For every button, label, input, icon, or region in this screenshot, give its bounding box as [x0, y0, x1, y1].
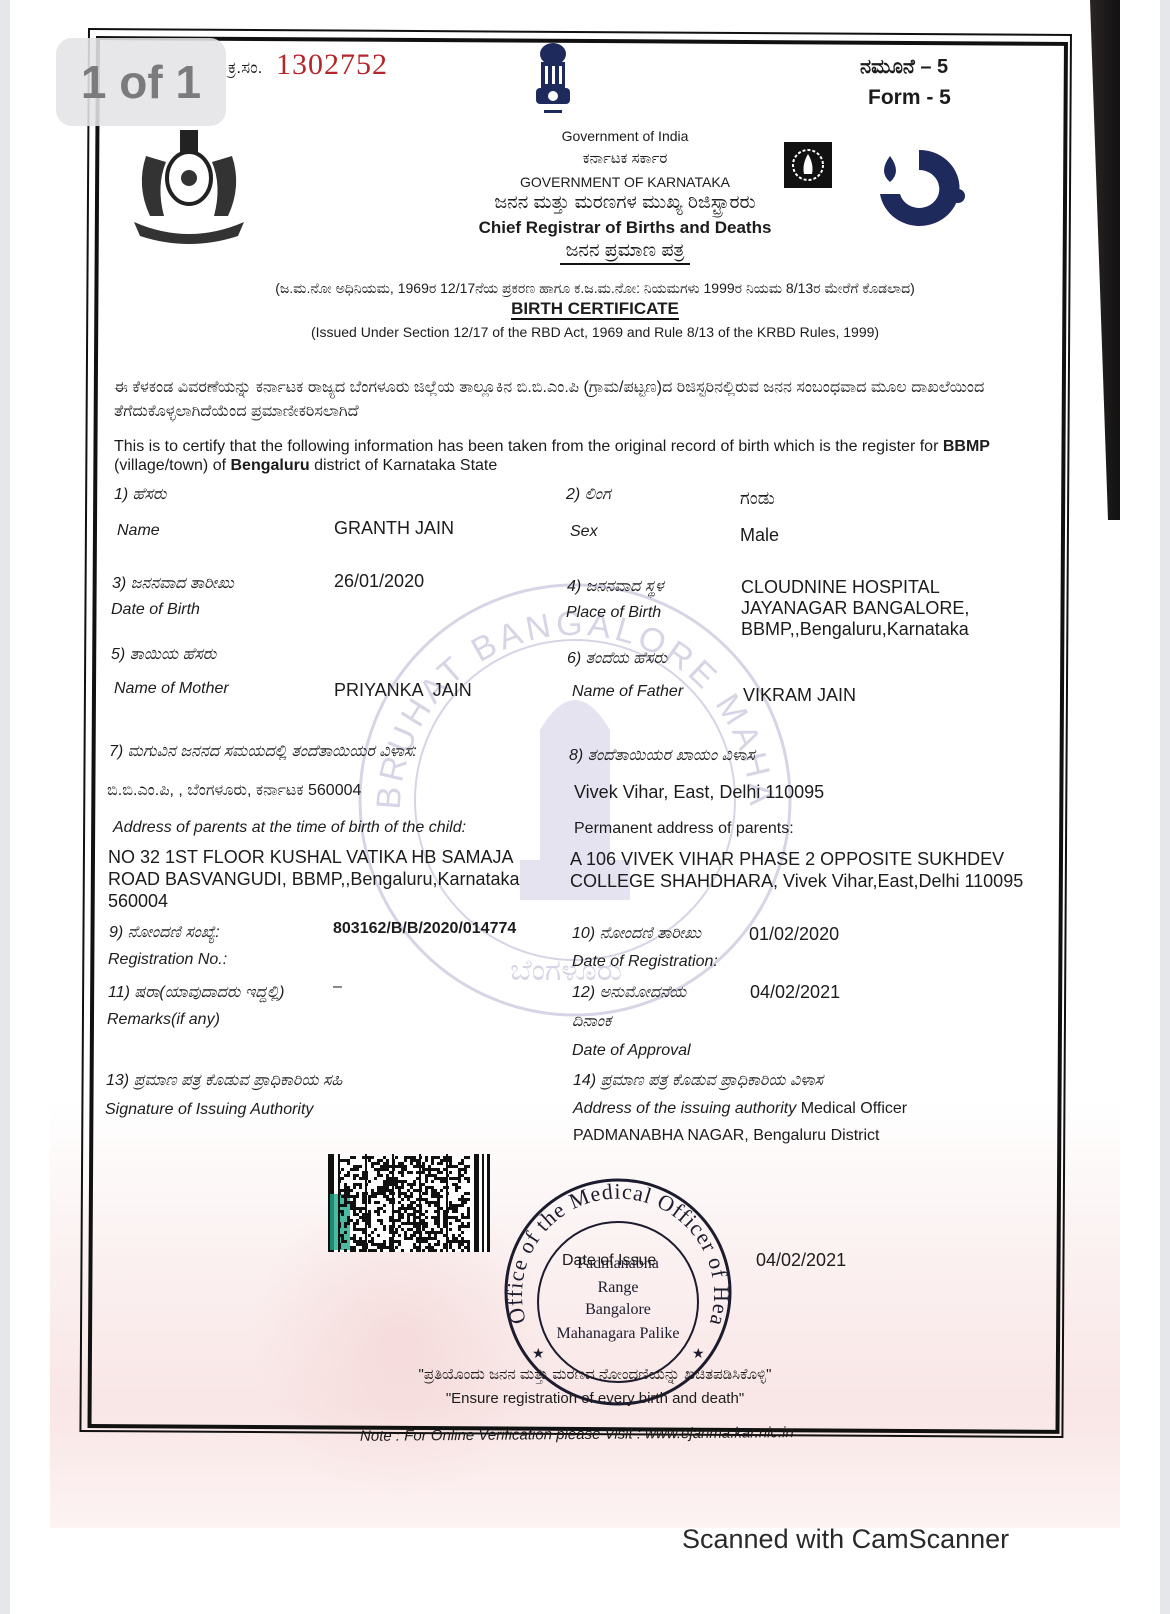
gov-india-label: Government of India — [0, 128, 1170, 144]
camscanner-watermark: Scanned with CamScanner — [682, 1524, 1009, 1555]
sex-value: Male — [740, 525, 779, 546]
dob-label-kannada: 3) ಜನನವಾದ ತಾರೀಖು — [112, 575, 234, 593]
place-of-birth-value: CLOUDNINE HOSPITAL JAYANAGAR BANGALORE, … — [741, 577, 969, 640]
svg-text:Mahanagara Palike: Mahanagara Palike — [556, 1325, 679, 1342]
chief-registrar-kannada: ಜನನ ಮತ್ತು ಮರಣಗಳ ಮುಖ್ಯ ರಿಜಿಸ್ಟ್ರಾರರು — [0, 192, 1170, 214]
father-label-kannada: 6) ತಂದೆಯ ಹೆಸರು — [567, 650, 667, 668]
place-of-birth-label-kannada: 4) ಜನನವಾದ ಸ್ಥಳ — [567, 578, 664, 596]
gov-karnataka-label: GOVERNMENT OF KARNATAKA — [0, 174, 1170, 190]
permanent-address-value-short: Vivek Vihar, East, Delhi 110095 — [574, 782, 824, 803]
intro-kannada: ಈ ಕೆಳಕಂಡ ವಿವರಣೆಯನ್ನು ಕರ್ನಾಟಕ ರಾಜ್ಯದ ಬೆಂಗ… — [114, 376, 1034, 424]
address-at-birth-value-kannada: ಬಿ.ಬಿ.ಎಂ.ಪಿ, , ಬೆಂಗಳೂರು, ಕರ್ನಾಟಕ 560004 — [107, 782, 361, 800]
national-emblem-icon — [530, 40, 576, 122]
mother-label: Name of Mother — [114, 680, 229, 698]
father-value: VIKRAM JAIN — [743, 685, 856, 706]
name-label-kannada: 1) ಹೆಸರು — [114, 486, 166, 504]
father-label: Name of Father — [572, 683, 683, 701]
mother-label-kannada: 5) ತಾಯಿಯ ಹೆಸರು — [111, 646, 216, 664]
serial-number: 1302752 — [276, 48, 388, 82]
issue-date-value: 04/02/2021 — [756, 1250, 846, 1271]
registration-date-label-kannada: 10) ನೋಂದಣಿ ತಾರೀಖು — [572, 925, 701, 943]
verification-link[interactable]: www.ejanma.kar.nic.in — [645, 1424, 794, 1442]
motto-kannada: "ಪ್ರತಿಯೊಂದು ಜನನ ಮತ್ತು ಮರಣದ ನೋಂದಣಿಯನ್ನು ಖ… — [0, 1366, 1170, 1383]
place-of-birth-label: Place of Birth — [566, 604, 661, 622]
issuing-address-label: Address of the issuing authority Medical… — [573, 1100, 907, 1118]
issued-under-clause: (Issued Under Section 12/17 of the RBD A… — [0, 324, 1170, 340]
name-value: GRANTH JAIN — [334, 518, 454, 539]
approval-date-value: 04/02/2021 — [750, 982, 840, 1003]
address-at-birth-value: NO 32 1ST FLOOR KUSHAL VATIKA HB SAMAJA … — [108, 846, 520, 912]
registration-date-value: 01/02/2020 — [749, 924, 839, 945]
ring-drop-logo-icon — [866, 142, 972, 228]
address-at-birth-label-kannada: 7) ಮಗುವಿನ ಜನನದ ಸಮಯದಲ್ಲಿ ತಂದೆತಾಯಿಯರ ವಿಳಾಸ… — [109, 743, 417, 761]
remarks-value: – — [333, 978, 342, 996]
approval-date-label-kannada: 12) ಅನುಮೋದನೆಯ — [572, 984, 686, 1002]
permanent-address-value: A 106 VIVEK VIHAR PHASE 2 OPPOSITE SUKHD… — [570, 848, 1023, 892]
approval-date-label-kannada-2: ದಿನಾಂಕ — [572, 1013, 611, 1031]
serial-prefix: ಕ್ರ.ಸಂ. — [228, 58, 262, 78]
square-logo-icon — [784, 142, 832, 188]
remarks-label: Remarks(if any) — [107, 1011, 220, 1029]
form-number-kannada: ನಮೂನೆ – 5 — [860, 56, 948, 79]
signature-label: Signature of Issuing Authority — [105, 1101, 313, 1119]
gov-karnataka-kannada: ಕರ್ನಾಟಕ ಸರ್ಕಾರ — [0, 150, 1170, 167]
dob-value: 26/01/2020 — [334, 571, 424, 592]
certificate-title-kannada: ಜನನ ಪ್ರಮಾಣ ಪತ್ರ — [0, 240, 1170, 262]
svg-text:★: ★ — [692, 1345, 705, 1361]
chief-registrar-label: Chief Registrar of Births and Deaths — [0, 218, 1170, 238]
form-number: Form - 5 — [868, 86, 951, 110]
barcode-icon — [328, 1154, 490, 1252]
dob-label: Date of Birth — [111, 601, 200, 619]
registration-date-label: Date of Registration: — [572, 953, 718, 971]
sex-value-kannada: ಗಂಡು — [740, 488, 775, 509]
issuing-address-label-kannada: 14) ಪ್ರಮಾಣ ಪತ್ರ ಕೊಡುವ ಪ್ರಾಧಿಕಾರಿಯ ವಿಳಾಸ — [573, 1072, 823, 1090]
address-at-birth-label: Address of parents at the time of birth … — [113, 819, 466, 837]
issuing-address-value: PADMANABHA NAGAR, Bengaluru District — [573, 1127, 879, 1145]
certificate-title: BIRTH CERTIFICATE — [0, 299, 1170, 319]
mother-value: PRIYANKA JAIN — [334, 680, 472, 701]
intro-english: This is to certify that the following in… — [114, 437, 1034, 475]
approval-date-label: Date of Approval — [572, 1042, 691, 1060]
sex-label-kannada: 2) ಲಿಂಗ — [566, 486, 611, 504]
registration-no-value: 803162/B/B/2020/014774 — [333, 920, 516, 938]
permanent-address-label-kannada: 8) ತಂದೆತಾಯಿಯರ ಖಾಯಂ ವಿಳಾಸ — [569, 747, 755, 765]
svg-text:Bangalore: Bangalore — [585, 1301, 651, 1318]
page-indicator: 1 of 1 — [56, 38, 226, 126]
sex-label: Sex — [570, 523, 598, 541]
issue-date-label: Date of Issue — [562, 1252, 656, 1270]
permanent-address-label: Permanent address of parents: — [574, 820, 794, 838]
signature-label-kannada: 13) ಪ್ರಮಾಣ ಪತ್ರ ಕೊಡುವ ಪ್ರಾಧಿಕಾರಿಯ ಸಹಿ — [106, 1072, 342, 1090]
remarks-label-kannada: 11) ಷರಾ(ಯಾವುದಾದರು ಇದ್ದಲ್ಲಿ) — [108, 984, 284, 1002]
registration-no-label-kannada: 9) ನೋಂದಣಿ ಸಂಖ್ಯೆ: — [109, 924, 220, 942]
registration-no-label: Registration No.: — [108, 951, 227, 969]
motto-english: "Ensure registration of every birth and … — [0, 1390, 1170, 1407]
name-label: Name — [117, 522, 160, 540]
svg-text:Range: Range — [598, 1279, 639, 1296]
svg-text:★: ★ — [532, 1345, 545, 1361]
act-reference-kannada: (ಜ.ಮ.ನೋ ಅಧಿನಿಯಮ, 1969ರ 12/17ನೆಯ ಪ್ರಕರಣ ಹ… — [0, 280, 1170, 297]
